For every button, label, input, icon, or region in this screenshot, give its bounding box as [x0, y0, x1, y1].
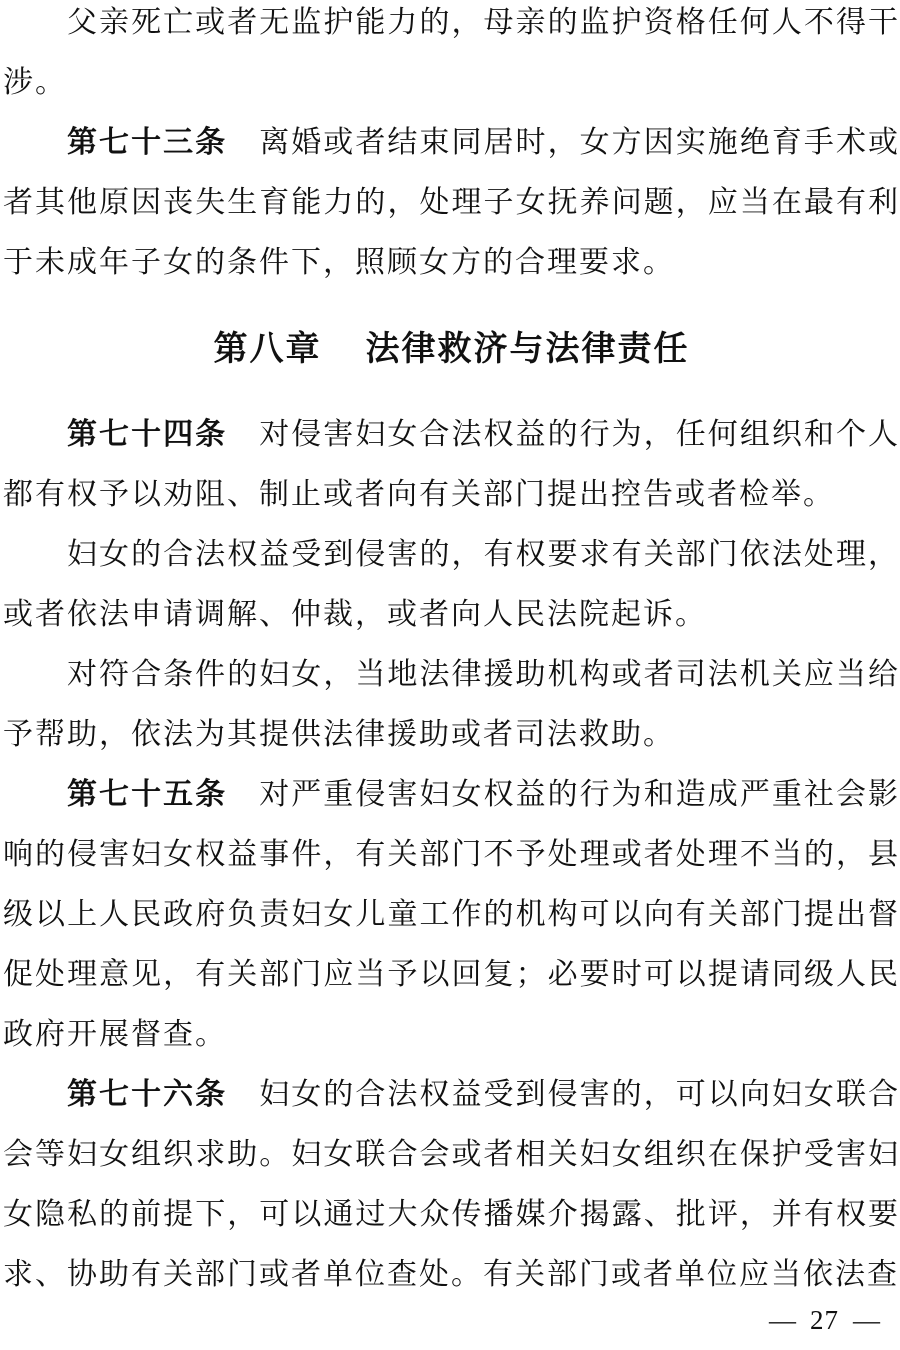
chapter-number: 第八章: [214, 330, 322, 368]
page-content: 父亲死亡或者无监护能力的，母亲的监护资格任何人不得干涉。 第七十三条离婚或者结束…: [0, 0, 900, 1305]
page-number: —27—: [769, 1300, 880, 1340]
article-text: 对严重侵害妇女权益的行为和造成严重社会影响的侵害妇女权益事件，有关部门不予处理或…: [3, 778, 900, 1051]
chapter-title: 法律救济与法律责任: [366, 330, 690, 368]
paragraph-article-73: 第七十三条离婚或者结束同居时，女方因实施绝育手术或者其他原因丧失生育能力的，处理…: [3, 113, 900, 293]
document-page: 父亲死亡或者无监护能力的，母亲的监护资格任何人不得干涉。 第七十三条离婚或者结束…: [0, 0, 900, 1350]
chapter-heading: 第八章法律救济与法律责任: [3, 319, 900, 379]
paragraph-article-74: 第七十四条对侵害妇女合法权益的行为，任何组织和个人都有权予以劝阻、制止或者向有关…: [3, 405, 900, 525]
paragraph-text: 对符合条件的妇女，当地法律援助机构或者司法机关应当给予帮助，依法为其提供法律援助…: [3, 658, 900, 751]
paragraph-article-76: 第七十六条妇女的合法权益受到侵害的，可以向妇女联合会等妇女组织求助。妇女联合会或…: [3, 1065, 900, 1305]
paragraph-text: 妇女的合法权益受到侵害的，有权要求有关部门依法处理，或者依法申请调解、仲裁，或者…: [3, 538, 900, 631]
article-number: 第七十四条: [67, 418, 227, 451]
page-number-value: 27: [810, 1305, 839, 1335]
page-number-dash-right: —: [853, 1305, 880, 1335]
page-number-dash-left: —: [769, 1305, 796, 1335]
paragraph: 妇女的合法权益受到侵害的，有权要求有关部门依法处理，或者依法申请调解、仲裁，或者…: [3, 525, 900, 645]
paragraph: 对符合条件的妇女，当地法律援助机构或者司法机关应当给予帮助，依法为其提供法律援助…: [3, 645, 900, 765]
article-number: 第七十六条: [67, 1078, 227, 1111]
paragraph-article-75: 第七十五条对严重侵害妇女权益的行为和造成严重社会影响的侵害妇女权益事件，有关部门…: [3, 765, 900, 1065]
paragraph-text: 父亲死亡或者无监护能力的，母亲的监护资格任何人不得干涉。: [3, 6, 900, 99]
article-number: 第七十三条: [67, 126, 227, 159]
article-number: 第七十五条: [67, 778, 227, 811]
paragraph: 父亲死亡或者无监护能力的，母亲的监护资格任何人不得干涉。: [3, 0, 900, 113]
